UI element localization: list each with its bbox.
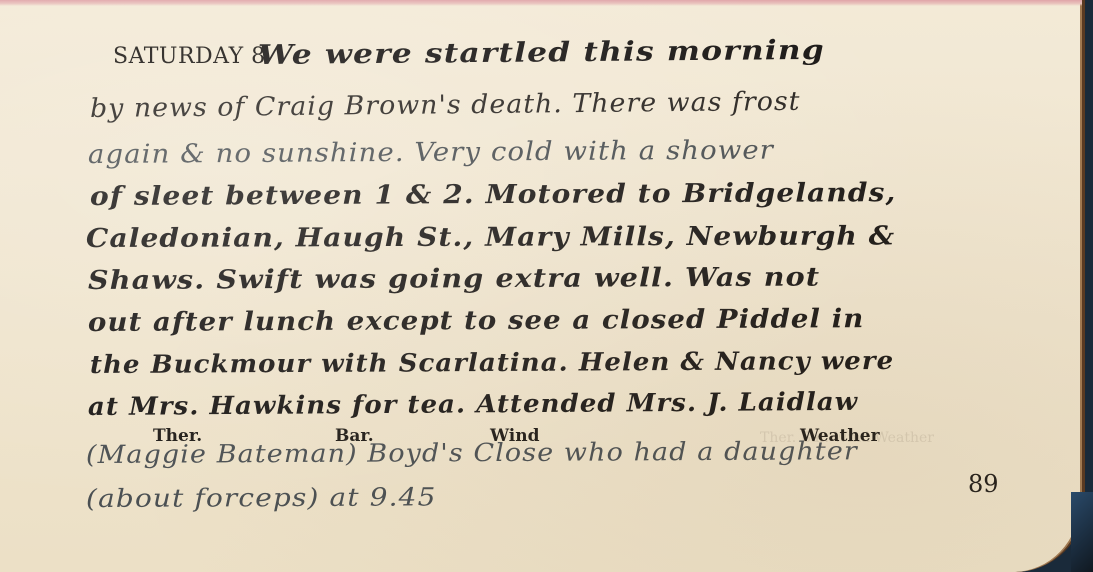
day-heading: SATURDAY 8	[113, 44, 266, 69]
handwritten-line-7: out after lunch except to see a closed P…	[88, 304, 864, 338]
book-binding-edge	[1071, 492, 1093, 572]
handwritten-line-5: Caledonian, Haugh St., Mary Mills, Newbu…	[86, 221, 895, 254]
handwritten-line-9: at Mrs. Hawkins for tea. Attended Mrs. J…	[88, 387, 858, 421]
diary-page: Ther. Bar. Wind Weather SATURDAY 8 We we…	[0, 0, 1085, 572]
handwritten-line-10: (Maggie Bateman) Boyd's Close who had a …	[86, 436, 858, 469]
handwritten-line-11: (about forceps) at 9.45	[86, 482, 437, 513]
handwritten-line-1: We were startled this morning	[258, 35, 825, 71]
handwritten-line-6: Shaws. Swift was going extra well. Was n…	[88, 263, 820, 296]
handwritten-line-4: of sleet between 1 & 2. Motored to Bridg…	[90, 178, 896, 212]
page-number: 89	[968, 470, 999, 498]
handwritten-line-2: by news of Craig Brown's death. There wa…	[90, 87, 801, 124]
handwritten-line-8: the Buckmour with Scarlatina. Helen & Na…	[90, 346, 894, 379]
handwritten-line-3: again & no sunshine. Very cold with a sh…	[88, 135, 774, 170]
